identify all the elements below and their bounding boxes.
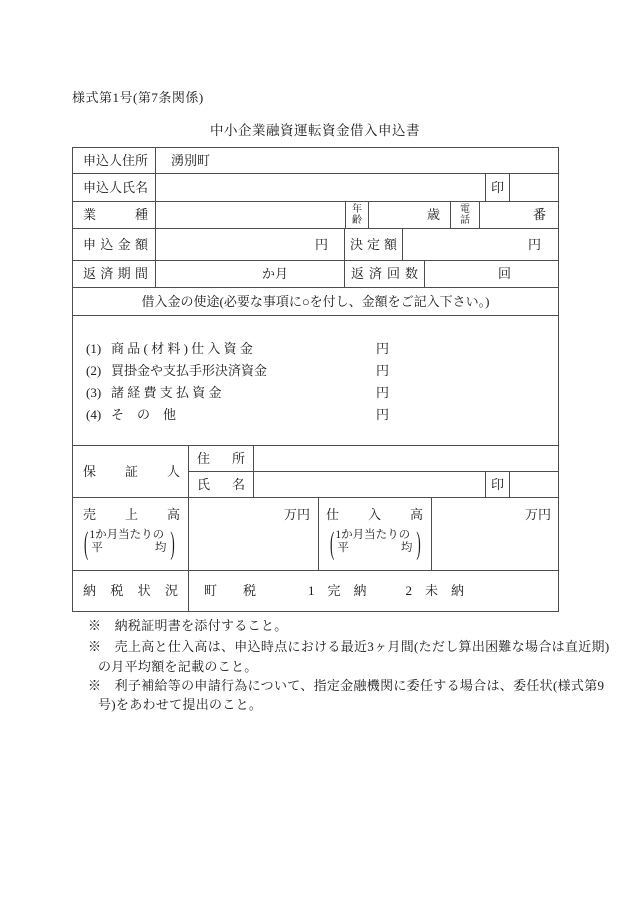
usage-item-number: (3) xyxy=(86,384,101,402)
guarantor-label: 保証人 xyxy=(73,446,189,498)
guarantor-name-value xyxy=(254,472,486,498)
footnote-1: ※ 納税証明書を添付すること。 xyxy=(88,615,288,634)
usage-item-unit: 円 xyxy=(376,340,389,358)
usage-item-2: (2) 買掛金や支払手形決済資金 円 xyxy=(73,362,558,380)
page-title: 中小企業融資運転資金借入申込書 xyxy=(0,119,630,139)
bracket-close: ) xyxy=(169,526,175,558)
tax-status-label: 納税状況 xyxy=(73,571,189,611)
usage-item-unit: 円 xyxy=(376,384,389,402)
avg-note-line1: 1か月当たりの xyxy=(335,529,410,541)
usage-item-number: (2) xyxy=(86,362,101,380)
loan-usage-items: (1) 商 品 ( 材 料 ) 仕 入 資 金 円 (2) 買掛金や支払手形決済… xyxy=(73,316,558,446)
footnote-3-continued: 号)をあわせて提出のこと。 xyxy=(98,694,262,713)
repayment-period-label: 返済期間 xyxy=(73,261,156,288)
application-form-table: 申込人住所 湧別町 申込人氏名 印 業種 年 齢 歳 電 話 番 申込金額 円 … xyxy=(72,147,559,612)
age-unit-cell: 歳 xyxy=(369,202,451,229)
footnote-3: ※ 利子補給等の申請行為について、指定金融機関に委任する場合は、委任状(様式第9 xyxy=(88,675,604,694)
decided-amount-label: 決定額 xyxy=(345,229,403,261)
purchase-label-cell: 仕入高 ( 1か月当たりの 平 均 ) xyxy=(319,498,432,571)
business-type-label: 業種 xyxy=(73,202,156,229)
usage-item-label: 諸 経 費 支 払 資 金 xyxy=(111,384,222,402)
applicant-address-value: 湧別町 xyxy=(156,148,558,174)
loan-usage-header: 借入金の使途(必要な事項に○を付し、金額をご記入下さい。) xyxy=(73,288,558,316)
applicant-seal-space xyxy=(510,174,558,202)
repayment-count-unit: 回 xyxy=(425,261,558,288)
phone-label: 電 話 xyxy=(451,202,480,229)
bracket-open: ( xyxy=(83,526,89,558)
applicant-seal-cell: 印 xyxy=(486,174,510,202)
bracket-open: ( xyxy=(329,526,335,558)
applicant-name-value xyxy=(156,174,486,202)
guarantor-address-value xyxy=(254,446,558,472)
usage-item-label: そ の 他 xyxy=(111,406,176,424)
guarantor-seal-space xyxy=(510,472,558,498)
usage-item-number: (4) xyxy=(86,406,101,424)
footnote-2-continued: の月平均額を記載のこと。 xyxy=(98,656,258,675)
sales-monthly-average-note: ( 1か月当たりの 平 均 ) xyxy=(83,529,176,555)
tax-status-value: 町 税 1 完 納 2 未 納 xyxy=(189,571,558,611)
avg-note-line2: 平 均 xyxy=(335,542,415,555)
application-amount-unit: 円 xyxy=(156,229,345,261)
guarantor-address-label: 住所 xyxy=(189,446,254,472)
age-label: 年 齢 xyxy=(346,202,369,229)
usage-item-4: (4) そ の 他 円 xyxy=(73,406,558,424)
footnote-2: ※ 売上高と仕入高は、申込時点における最近3ヶ月間(ただし算出困難な場合は直近期… xyxy=(88,636,609,655)
application-form-page: 様式第1号(第7条関係) 中小企業融資運転資金借入申込書 申込人住所 湧別町 申… xyxy=(0,0,630,915)
guarantor-name-label: 氏名 xyxy=(189,472,254,498)
purchase-monthly-average-note: ( 1か月当たりの 平 均 ) xyxy=(329,529,422,555)
usage-item-label: 買掛金や支払手形決済資金 xyxy=(111,362,267,380)
application-amount-label: 申込金額 xyxy=(73,229,156,261)
guarantor-seal-cell: 印 xyxy=(486,472,510,498)
usage-item-unit: 円 xyxy=(376,362,389,380)
business-type-value xyxy=(156,202,346,229)
sales-label-cell: 売上高 ( 1か月当たりの 平 均 ) xyxy=(73,498,189,571)
purchase-label: 仕入高 xyxy=(319,498,431,523)
repayment-count-label: 返済回数 xyxy=(345,261,425,288)
form-number: 様式第1号(第7条関係) xyxy=(72,87,204,106)
purchase-unit-cell: 万円 xyxy=(432,498,558,571)
usage-item-3: (3) 諸 経 費 支 払 資 金 円 xyxy=(73,384,558,402)
usage-item-unit: 円 xyxy=(376,406,389,424)
usage-item-1: (1) 商 品 ( 材 料 ) 仕 入 資 金 円 xyxy=(73,340,558,358)
usage-item-number: (1) xyxy=(86,340,101,358)
decided-amount-unit: 円 xyxy=(403,229,558,261)
bracket-close: ) xyxy=(415,526,421,558)
avg-note-line2: 平 均 xyxy=(89,542,169,555)
applicant-name-label: 申込人氏名 xyxy=(73,174,156,202)
usage-item-label: 商 品 ( 材 料 ) 仕 入 資 金 xyxy=(111,340,253,358)
applicant-address-label: 申込人住所 xyxy=(73,148,156,174)
repayment-period-unit: か月 xyxy=(156,261,345,288)
avg-note-line1: 1か月当たりの xyxy=(89,529,164,541)
phone-unit-cell: 番 xyxy=(480,202,558,229)
sales-label: 売上高 xyxy=(73,498,188,523)
sales-unit-cell: 万円 xyxy=(189,498,319,571)
